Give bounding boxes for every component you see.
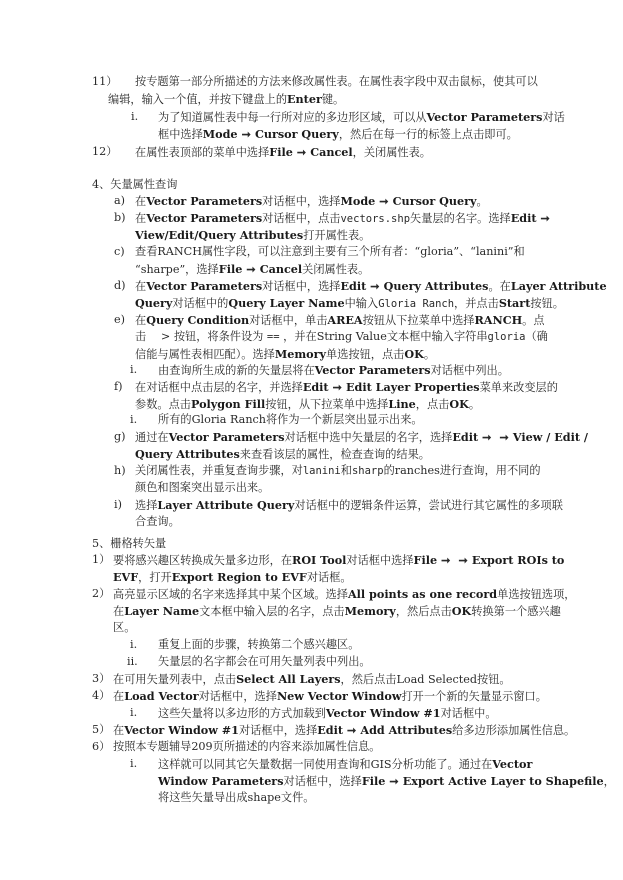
section-heading: 4、矢量属性查询 [92, 178, 177, 192]
list-marker: 1） [92, 553, 110, 567]
menu-term: Layer Attribute [511, 279, 607, 293]
plain-text: 来查看该层的属性，检查查询的结果。 [240, 448, 430, 461]
menu-term: Edit [452, 430, 478, 444]
menu-term: Enter [287, 92, 322, 106]
plain-text: 关闭属性表，并重复查询步骤，对 [135, 464, 303, 477]
list-marker: 11） [92, 75, 117, 89]
menu-term: Select All Layers [236, 672, 340, 686]
list-marker: i. [130, 757, 137, 771]
plain-text: 由查询所生成的新的矢量层将在 [158, 364, 315, 377]
arrow-right-icon: ➞ [347, 723, 356, 737]
list-marker: 6） [92, 740, 110, 754]
menu-term: View / Edit / [513, 430, 588, 444]
list-marker: h) [114, 464, 126, 478]
plain-text: ，然后点击Load Selected按钮。 [341, 673, 511, 686]
list-marker: 5） [92, 723, 110, 737]
list-item-text: EVF，打开Export Region to EVF对话框。 [113, 570, 352, 585]
arrow-right-icon: ➞ [333, 380, 342, 394]
plain-text: ， [604, 775, 615, 788]
menu-term: OK [404, 347, 423, 361]
plain-text: 合查询。 [135, 515, 180, 528]
plain-text: 对话框中，选择 [239, 724, 317, 737]
plain-text: 在 [113, 690, 124, 703]
menu-term: Memory [275, 347, 326, 361]
plain-text: 打开一个新的矢量显示窗口。 [401, 690, 546, 703]
plain-text: 。点 [522, 314, 544, 327]
list-item-text: 按照本专题辅导209页所描述的内容来添加属性信息。 [113, 740, 380, 754]
plain-text: 和 [341, 464, 352, 477]
menu-term: Edit Layer Properties [346, 380, 480, 394]
plain-text: 查看RANCH属性字段，可以注意到主要有三个所有者：“gloria”、“lani… [135, 245, 525, 258]
plain-text: 中输入 [345, 297, 379, 310]
list-marker: g) [114, 430, 126, 444]
plain-text: 在 [113, 724, 124, 737]
arrow-right-icon: ➞ [482, 430, 491, 444]
list-marker: f) [114, 380, 123, 394]
plain-text: 为了知道属性表中每一行所对应的多边形区域，可以从 [158, 111, 427, 124]
menu-term: Export ROIs to [472, 553, 565, 567]
plain-text: 菜单来改变层的 [480, 381, 558, 394]
plain-text: ，打开 [138, 571, 172, 584]
menu-term: File [269, 145, 293, 159]
plain-text: ，然后在每一行的标签上点击即可。 [339, 128, 518, 141]
plain-text: 矢量层的名字都会在可用矢量列表中列出。 [158, 655, 371, 668]
menu-term: Query Condition [146, 313, 249, 327]
list-item-text: 所有的Gloria Ranch将作为一个新层突出显示出来。 [158, 413, 423, 427]
arrow-right-icon: ➞ [246, 262, 255, 276]
list-item-text: Window Parameters对话框中，选择File➞Export Acti… [158, 774, 615, 789]
list-item-text: 在对话框中点击层的名字，并选择Edit➞Edit Layer Propertie… [135, 380, 558, 395]
plain-text: ，并在String Value文本框中输入字符串 [280, 330, 488, 343]
list-marker: b) [114, 211, 126, 225]
plain-text: 对话框中的逻辑条件运算，尝试进行其它属性的多项联 [294, 499, 563, 512]
plain-text: 要将感兴趣区转换成矢量多边形，在 [113, 554, 292, 567]
list-item-text: 重复上面的步骤，转换第二个感兴趣区。 [158, 638, 359, 652]
list-marker: ii. [127, 655, 138, 669]
menu-term: OK [452, 604, 471, 618]
list-item-text: 高亮显示区域的名字来选择其中某个区域。选择All points as one r… [113, 587, 575, 602]
plain-text: 转换第一个感兴趣 [471, 605, 561, 618]
plain-text: 对话框中选中矢量层的名字，选择 [285, 431, 453, 444]
list-item-text: 在属性表顶部的菜单中选择File➞Cancel，关闭属性表。 [135, 145, 431, 160]
list-item-text: 在Vector Parameters对话框中，选择Mode➞Cursor Que… [135, 194, 488, 209]
code-term: lanini [303, 465, 341, 477]
menu-term: Load Vector [124, 689, 198, 703]
plain-text: ，关闭属性表。 [353, 146, 431, 159]
list-marker: a) [114, 194, 125, 208]
menu-term: View/Edit/Query Attributes [135, 228, 303, 242]
plain-text: 按照本专题辅导209页所描述的内容来添加属性信息。 [113, 740, 380, 753]
menu-term: File [219, 262, 243, 276]
plain-text: 对话框中，选择 [199, 690, 277, 703]
list-item-text: 在Vector Parameters对话框中，点击vectors.shp矢量层的… [135, 211, 554, 226]
menu-term: Vector Parameters [427, 110, 543, 124]
plain-text: ，并点击 [454, 297, 499, 310]
arrow-right-icon: ➞ [441, 553, 450, 567]
plain-text: 通过在 [135, 431, 169, 444]
arrow-right-icon: ➞ [297, 145, 306, 159]
list-item-text: 在Load Vector对话框中，选择New Vector Window打开一个… [113, 689, 547, 704]
menu-term: Window Parameters [158, 774, 284, 788]
menu-term: Cancel [310, 145, 352, 159]
menu-term: Query Layer Name [228, 296, 344, 310]
list-item-text: 信能与属性表相匹配）。选择Memory单选按钮，点击OK。 [135, 347, 435, 362]
plain-text: 单选按钮选项， [497, 588, 575, 601]
plain-text: 颜色和图案突出显示出来。 [135, 481, 269, 494]
menu-term: Start [499, 296, 531, 310]
plain-text: （确 [525, 330, 547, 343]
menu-term: Cancel [260, 262, 302, 276]
plain-text: 对话框中，选择 [284, 775, 362, 788]
code-term: Gloria Ranch [378, 298, 454, 310]
plain-text: 击 > 按钮，将条件设为 [135, 330, 267, 343]
menu-term: Vector Parameters [315, 363, 431, 377]
list-marker: c) [114, 245, 125, 259]
list-marker: d) [114, 279, 126, 293]
menu-term: ROI Tool [292, 553, 346, 567]
plain-text: 对话框中，选择 [262, 280, 340, 293]
menu-term: Edit [340, 279, 366, 293]
plain-text: ，然后点击 [396, 605, 452, 618]
list-marker: i. [131, 110, 138, 124]
menu-term: Vector Parameters [169, 430, 285, 444]
list-item-text: 编辑，输入一个值，并按下键盘上的Enter键。 [108, 92, 344, 107]
plain-text: 对话框中。 [441, 707, 497, 720]
plain-text: 在 [135, 212, 146, 225]
list-marker: 4） [92, 689, 110, 703]
plain-text: 给多边形添加属性信息。 [452, 724, 575, 737]
arrow-right-icon: ➞ [541, 211, 550, 225]
menu-term: File [414, 553, 438, 567]
arrow-right-icon: ➞ [500, 430, 509, 444]
menu-term: Vector Window #1 [326, 706, 441, 720]
plain-text: 将这些矢量导出成shape文件。 [158, 791, 314, 804]
list-marker: 2） [92, 587, 110, 601]
plain-text: 在 [113, 605, 124, 618]
list-item-text: 这些矢量将以多边形的方式加载到Vector Window #1对话框中。 [158, 706, 497, 721]
arrow-right-icon: ➞ [389, 774, 398, 788]
plain-text: 对话 [542, 111, 564, 124]
list-item-text: 将这些矢量导出成shape文件。 [158, 791, 314, 805]
plain-text: 。 [424, 348, 435, 361]
menu-term: Vector Parameters [146, 194, 262, 208]
plain-text: 对话框中的 [172, 297, 228, 310]
arrow-right-icon: ➞ [242, 127, 251, 141]
menu-term: Memory [345, 604, 396, 618]
plain-text: “sharpe”，选择 [135, 263, 219, 276]
list-item-text: 通过在Vector Parameters对话框中选中矢量层的名字，选择Edit➞… [135, 430, 588, 445]
plain-text: 在 [135, 314, 146, 327]
list-item-text: 查看RANCH属性字段，可以注意到主要有三个所有者：“gloria”、“lani… [135, 245, 525, 259]
list-item-text: 颜色和图案突出显示出来。 [135, 481, 269, 495]
menu-term: Vector [492, 757, 532, 771]
list-item-text: 在Query Condition对话框中，单击AREA按钮从下拉菜单中选择RAN… [135, 313, 545, 328]
list-item-text: 在可用矢量列表中，点击Select All Layers，然后点击Load Se… [113, 672, 511, 687]
list-item-text: Query Attributes来查看该层的属性，检查查询的结果。 [135, 447, 430, 462]
plain-text: 信能与属性表相匹配）。选择 [135, 348, 275, 361]
menu-term: Vector Parameters [146, 211, 262, 225]
menu-term: Polygon Fill [191, 397, 265, 411]
plain-text: 在对话框中点击层的名字，并选择 [135, 381, 303, 394]
plain-text: 参数。点击 [135, 398, 191, 411]
menu-term: Vector Parameters [146, 279, 262, 293]
plain-text: 在属性表顶部的菜单中选择 [135, 146, 269, 159]
plain-text: 打开属性表。 [303, 229, 370, 242]
menu-term: OK [449, 397, 468, 411]
plain-text: 对话框中，点击 [262, 212, 340, 225]
plain-text: 在可用矢量列表中，点击 [113, 673, 236, 686]
list-item-text: 框中选择Mode➞Cursor Query，然后在每一行的标签上点击即可。 [158, 127, 518, 142]
arrow-right-icon: ➞ [458, 553, 467, 567]
menu-term: New Vector Window [277, 689, 402, 703]
plain-text: 。 [477, 195, 488, 208]
list-item-text: View/Edit/Query Attributes打开属性表。 [135, 228, 370, 243]
plain-text: 在 [135, 280, 146, 293]
plain-text: 文本框中输入层的名字，点击 [199, 605, 344, 618]
menu-term: Mode [203, 127, 238, 141]
plain-text: 。 [469, 398, 480, 411]
plain-text: 对话框中列出。 [431, 364, 509, 377]
menu-term: RANCH [474, 313, 522, 327]
code-term: == [267, 331, 280, 343]
plain-text: 这些矢量将以多边形的方式加载到 [158, 707, 326, 720]
plain-text: 对话框。 [307, 571, 352, 584]
plain-text: 对话框中，单击 [249, 314, 327, 327]
menu-term: Vector Window #1 [124, 723, 239, 737]
list-item-text: 按专题第一部分所描述的方法来修改属性表。在属性表字段中双击鼠标，使其可以 [135, 75, 538, 89]
plain-text: 所有的Gloria Ranch将作为一个新层突出显示出来。 [158, 413, 423, 426]
list-item-text: 选择Layer Attribute Query对话框中的逻辑条件运算，尝试进行其… [135, 498, 563, 513]
plain-text: 按钮从下拉菜单中选择 [363, 314, 475, 327]
menu-term: Layer Name [124, 604, 199, 618]
arrow-right-icon: ➞ [379, 194, 388, 208]
menu-term: Export Active Layer to Shapefile [403, 774, 604, 788]
menu-term: Edit [303, 380, 329, 394]
menu-term: All points as one record [348, 587, 497, 601]
plain-text: 键。 [322, 93, 344, 106]
list-item-text: 区。 [113, 621, 135, 635]
plain-text: 单选按钮，点击 [326, 348, 404, 361]
list-marker: i) [114, 498, 122, 512]
plain-text: 编辑，输入一个值，并按下键盘上的 [108, 93, 287, 106]
list-item-text: 在Vector Parameters对话框中，选择Edit➞Query Attr… [135, 279, 607, 294]
list-item-text: 这样就可以同其它矢量数据一同使用查询和GIS分析功能了。通过在Vector [158, 757, 532, 772]
list-item-text: 在Layer Name文本框中输入层的名字，点击Memory，然后点击OK转换第… [113, 604, 561, 619]
list-item-text: 在Vector Window #1对话框中，选择Edit➞Add Attribu… [113, 723, 575, 738]
plain-text: 框中选择 [158, 128, 203, 141]
menu-term: Export Region to EVF [172, 570, 307, 584]
list-marker: i. [130, 363, 137, 377]
menu-term: Query Attributes [384, 279, 489, 293]
list-item-text: 矢量层的名字都会在可用矢量列表中列出。 [158, 655, 371, 669]
section-heading: 5、栅格转矢量 [92, 537, 166, 551]
list-item-text: 击 > 按钮，将条件设为 == ，并在String Value文本框中输入字符串… [135, 330, 548, 344]
menu-term: Line [388, 397, 415, 411]
plain-text: 区。 [113, 621, 135, 634]
menu-term: AREA [327, 313, 362, 327]
plain-text: 高亮显示区域的名字来选择其中某个区域。选择 [113, 588, 348, 601]
list-marker: i. [130, 706, 137, 720]
list-item-text: 参数。点击Polygon Fill按钮，从下拉菜单中选择Line，点击OK。 [135, 397, 480, 412]
list-item-text: 要将感兴趣区转换成矢量多边形，在ROI Tool对话框中选择File➞➞Expo… [113, 553, 564, 568]
code-term: gloria [488, 331, 526, 343]
menu-term: Mode [340, 194, 375, 208]
arrow-right-icon: ➞ [370, 279, 379, 293]
plain-text: ，点击 [416, 398, 450, 411]
list-item-text: 合查询。 [135, 515, 180, 529]
menu-term: Cursor Query [393, 194, 477, 208]
list-marker: i. [130, 413, 137, 427]
menu-term: Query [135, 296, 172, 310]
list-item-text: Query对话框中的Query Layer Name中输入Gloria Ranc… [135, 296, 564, 311]
menu-term: Edit [317, 723, 343, 737]
list-marker: i. [130, 638, 137, 652]
plain-text: 按钮。 [530, 297, 564, 310]
menu-term: Edit [511, 211, 537, 225]
code-term: vectors.shp [340, 213, 410, 225]
plain-text: 这样就可以同其它矢量数据一同使用查询和GIS分析功能了。通过在 [158, 758, 492, 771]
menu-term: Cursor Query [255, 127, 339, 141]
plain-text: 。在 [488, 280, 510, 293]
plain-text: 按钮，从下拉菜单中选择 [265, 398, 388, 411]
menu-term: File [362, 774, 386, 788]
plain-text: 对话框中选择 [346, 554, 413, 567]
list-marker: 3） [92, 672, 110, 686]
list-item-text: 为了知道属性表中每一行所对应的多边形区域，可以从Vector Parameter… [158, 110, 565, 125]
list-marker: e) [114, 313, 125, 327]
plain-text: 在 [135, 195, 146, 208]
code-term: sharp [352, 465, 384, 477]
plain-text: 重复上面的步骤，转换第二个感兴趣区。 [158, 638, 359, 651]
menu-term: Layer Attribute Query [157, 498, 294, 512]
plain-text: 按专题第一部分所描述的方法来修改属性表。在属性表字段中双击鼠标，使其可以 [135, 75, 538, 88]
plain-text: 的ranches进行查询，用不同的 [384, 464, 541, 477]
menu-term: Add Attributes [360, 723, 452, 737]
plain-text: 选择 [135, 499, 157, 512]
list-item-text: 由查询所生成的新的矢量层将在Vector Parameters对话框中列出。 [158, 363, 509, 378]
list-item-text: 关闭属性表，并重复查询步骤，对lanini和sharp的ranches进行查询，… [135, 464, 541, 478]
plain-text: 对话框中，选择 [262, 195, 340, 208]
plain-text: 关闭属性表。 [302, 263, 369, 276]
list-item-text: “sharpe”，选择File➞Cancel关闭属性表。 [135, 262, 369, 277]
list-marker: 12） [92, 145, 117, 159]
menu-term: EVF [113, 570, 138, 584]
menu-term: Query Attributes [135, 447, 240, 461]
plain-text: 矢量层的名字。选择 [410, 212, 511, 225]
